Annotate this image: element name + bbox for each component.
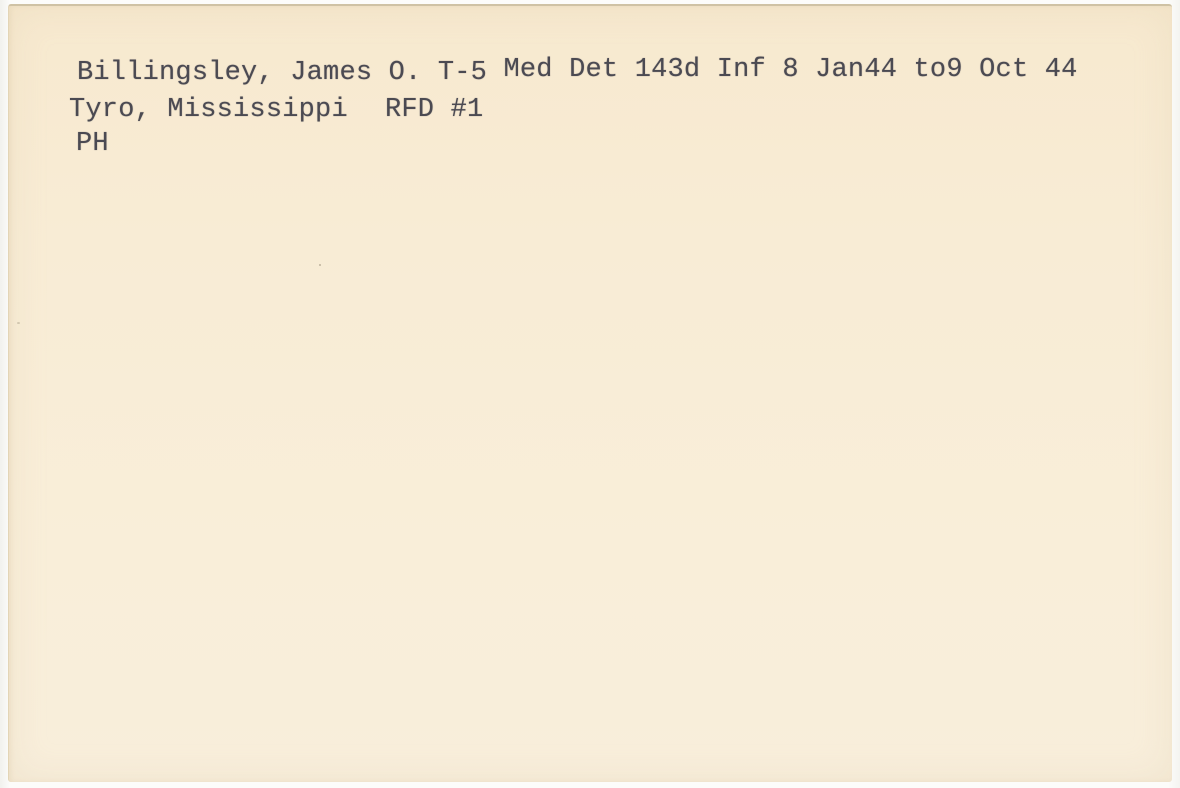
paper-speck xyxy=(319,264,321,266)
award-abbreviation: PH xyxy=(76,131,109,158)
scanned-document: Billingsley, James O. T-5 Med Det 143d I… xyxy=(0,0,1180,788)
paper-speck xyxy=(17,322,20,324)
rfd-number: RFD #1 xyxy=(385,97,483,124)
address-city-state: Tyro, Mississippi xyxy=(69,97,348,124)
unit-and-service-dates-text: Med Det 143d Inf 8 Jan44 to9 Oct 44 xyxy=(503,55,1077,85)
typewritten-line-name-unit-dates: Billingsley, James O. T-5 Med Det 143d I… xyxy=(77,60,1078,87)
index-card: Billingsley, James O. T-5 Med Det 143d I… xyxy=(8,4,1172,782)
name-rank-text: Billingsley, James O. T-5 xyxy=(77,58,503,88)
